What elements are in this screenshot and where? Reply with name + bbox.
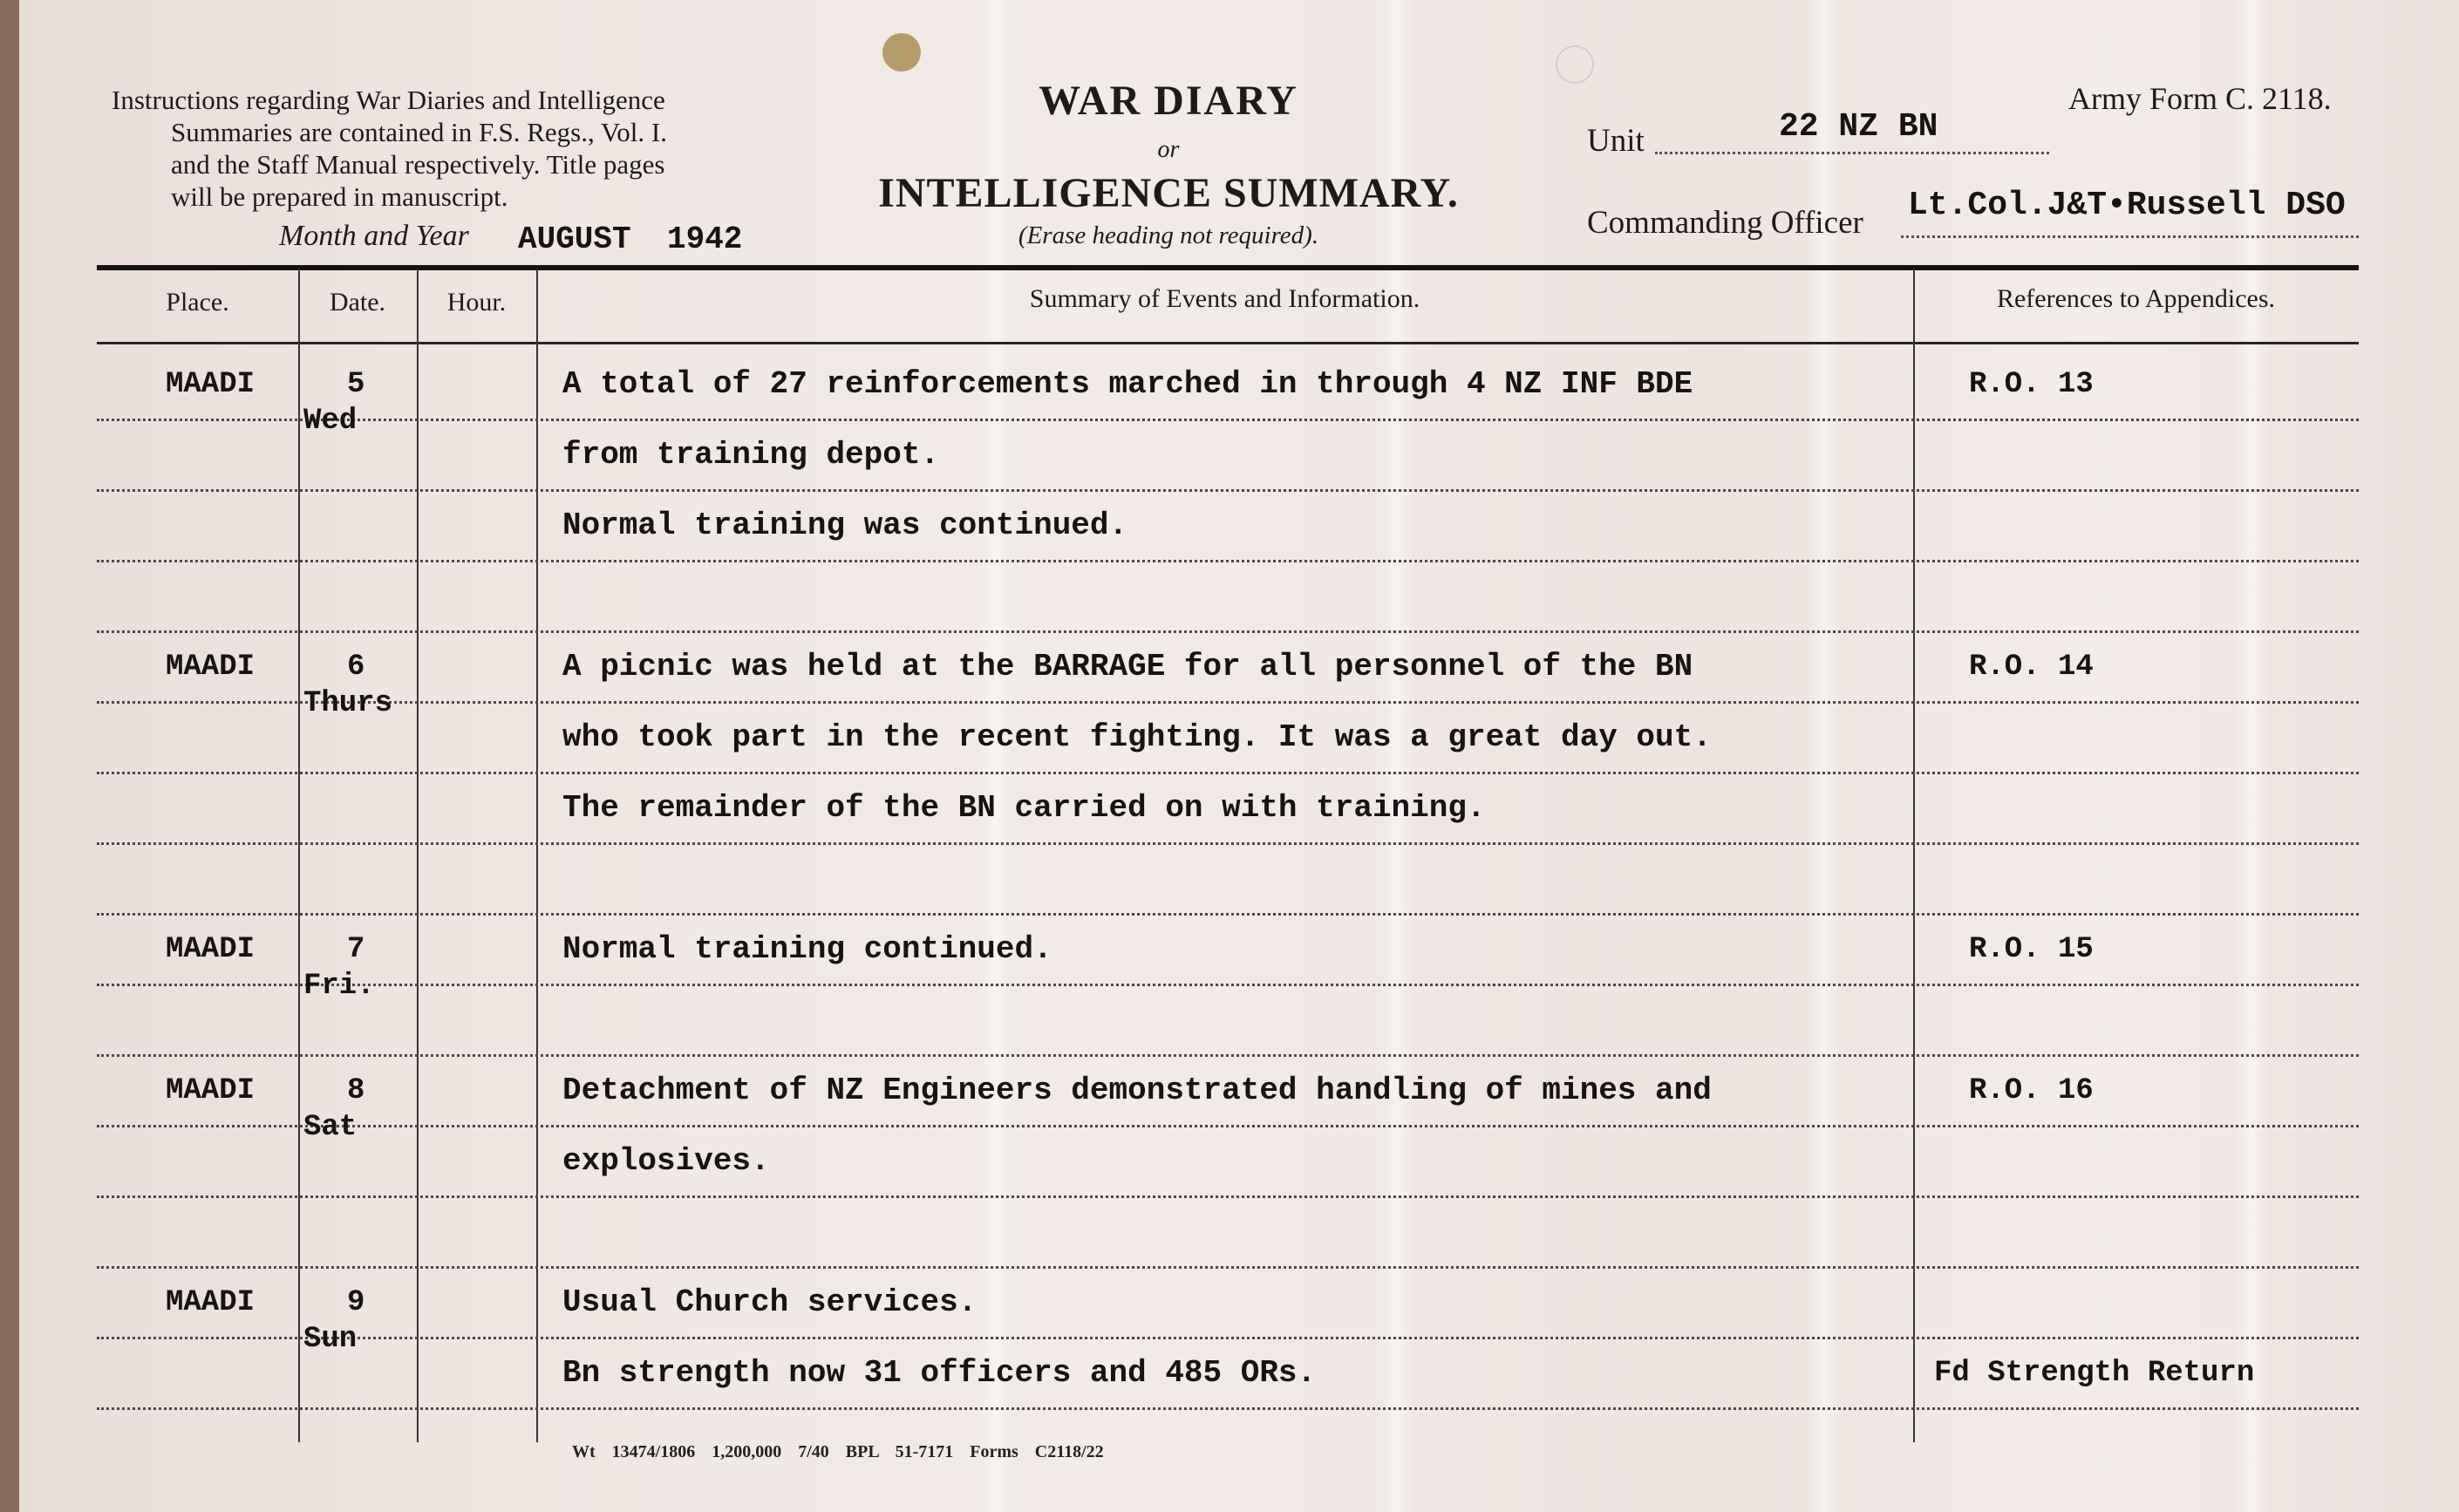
appendix-reference: R.O. 15 [1969,932,2094,967]
summary-line: Normal training continued. [562,932,1052,967]
column-header-summary: Summary of Events and Information. [536,284,1913,314]
date-cell: 6 [347,650,364,684]
title-note-text: (Erase heading not required). [1018,221,1318,249]
summary-line: Bn strength now 31 officers and 485 ORs. [562,1356,1316,1391]
ruled-line [97,1195,2359,1198]
ruled-line [97,913,2359,916]
appendix-reference: R.O. 14 [1969,650,2094,684]
ruled-line [97,1407,2359,1410]
column-header-rule [97,342,2359,344]
date-cell: 9 [347,1285,364,1320]
army-form-number: Army Form C. 2118. [2068,80,2332,117]
column-header-references: References to Appendices. [1913,284,2359,314]
appendix-reference: R.O. 13 [1969,367,2094,402]
header-rule [97,265,2359,270]
appendix-reference: Fd Strength Return [1934,1356,2254,1391]
ruled-line [97,560,2359,562]
appendix-reference: R.O. 16 [1969,1073,2094,1108]
day-cell: Thurs [303,686,392,721]
date-cell: 7 [347,932,364,967]
place-cell: MAADI [166,932,255,967]
day-cell: Fri. [303,969,375,1004]
unit-dotted-line [1655,152,2049,154]
ruled-line [97,1337,2359,1339]
ruled-line [97,630,2359,633]
place-cell: MAADI [166,650,255,684]
ruled-line [97,1125,2359,1127]
punch-hole-icon [882,33,921,72]
ruled-line [97,984,2359,986]
day-cell: Sun [303,1322,357,1357]
summary-line: The remainder of the BN carried on with … [562,791,1486,826]
commanding-officer-dotted-line [1901,235,2359,238]
summary-line: who took part in the recent fighting. It… [562,720,1712,755]
title-or: or [0,136,2398,164]
place-cell: MAADI [166,1285,255,1320]
place-cell: MAADI [166,1073,255,1108]
column-header-hour: Hour. [417,288,536,317]
summary-line: explosives. [562,1144,770,1179]
summary-line: A total of 27 reinforcements marched in … [562,367,1693,402]
ruled-line [97,489,2359,492]
summary-line: Normal training was continued. [562,508,1127,543]
ruled-line [97,1054,2359,1057]
summary-line: from training depot. [562,438,939,473]
summary-line: A picnic was held at the BARRAGE for all… [562,650,1693,684]
day-cell: Wed [303,404,357,439]
ruled-line [97,419,2359,421]
place-cell: MAADI [166,367,255,402]
ruled-line [97,701,2359,704]
summary-line: Usual Church services. [562,1285,977,1320]
unit-label: Unit [1587,122,1645,160]
day-cell: Sat [303,1110,357,1145]
date-cell: 8 [347,1073,364,1108]
title-war-diary: WAR DIARY [0,77,2398,125]
unit-value: 22 NZ BN [1779,108,1938,146]
form-print-code: Wt 13474/1806 1,200,000 7/40 BPL 51-7171… [572,1442,1104,1462]
ruled-line [97,772,2359,774]
commanding-officer-value: Lt.Col.J&T•Russell DSO [1908,187,2346,224]
commanding-officer-label: Commanding Officer [1587,204,1863,242]
summary-line: Detachment of NZ Engineers demonstrated … [562,1073,1712,1108]
ruled-line [97,842,2359,845]
column-header-place: Place. [97,288,298,317]
column-header-date: Date. [298,288,417,317]
date-cell: 5 [347,367,364,402]
ruled-line [97,1266,2359,1269]
